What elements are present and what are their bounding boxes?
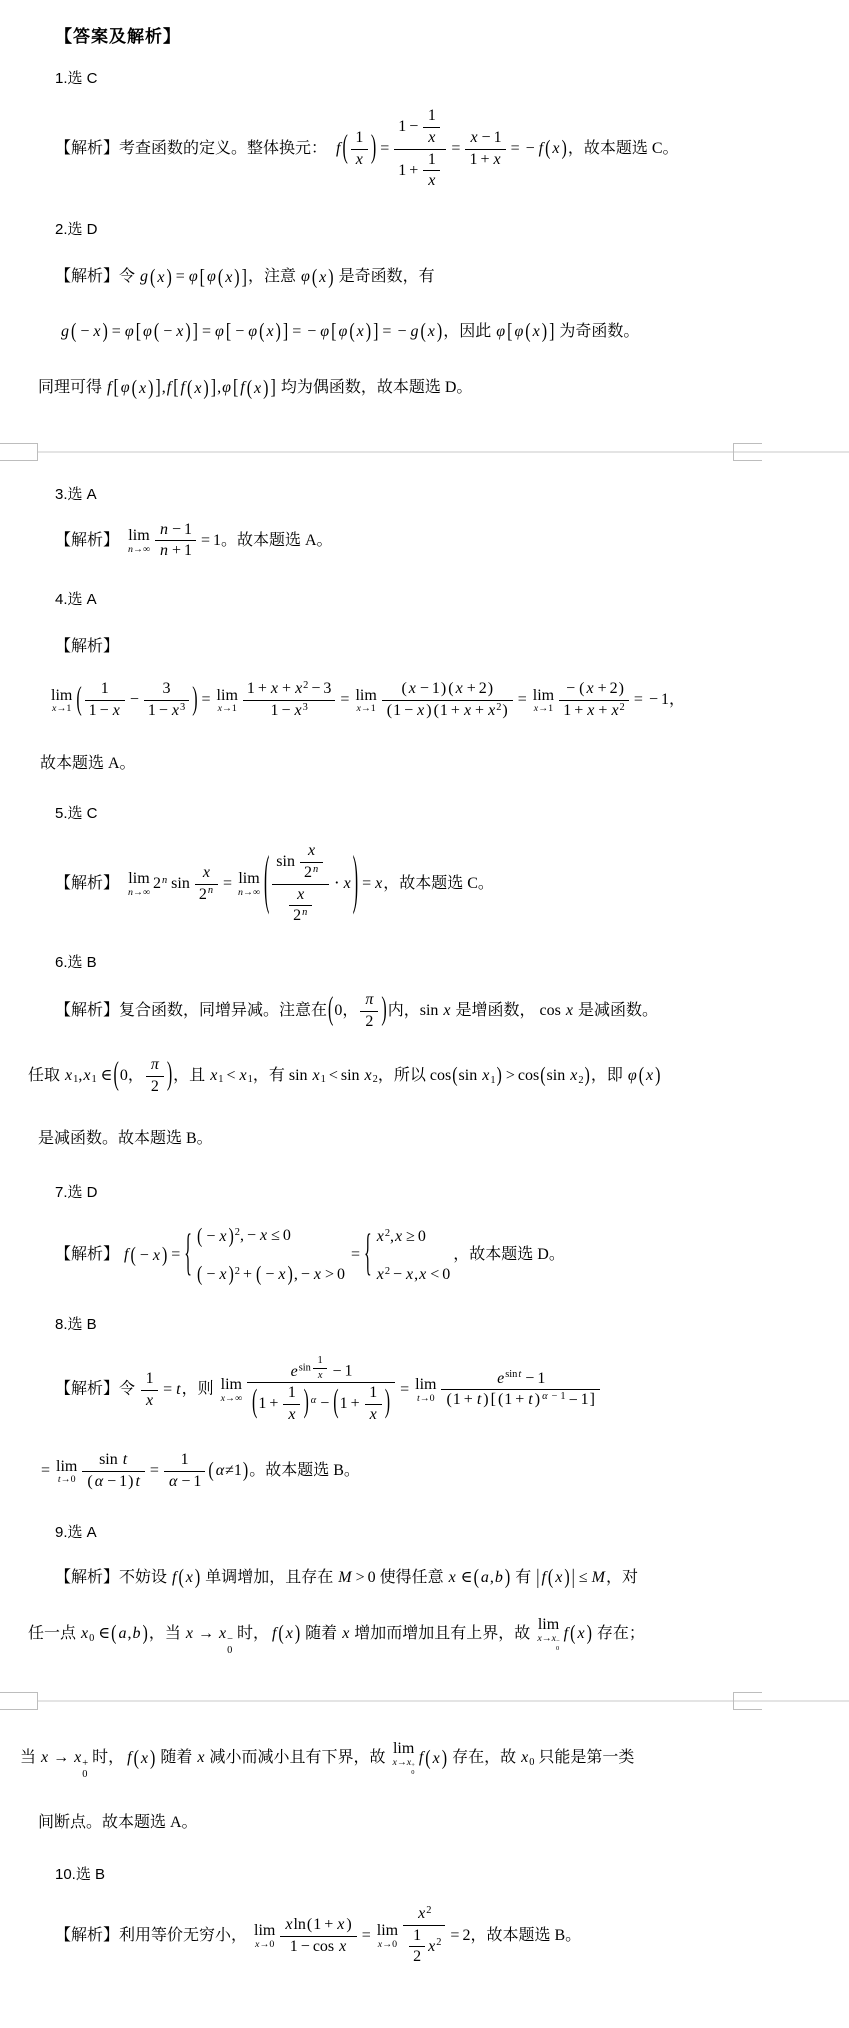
close-bracket: ): [346, 1915, 351, 1936]
close-bracket: ): [587, 1616, 592, 1653]
text-run: 增加而增加且有上界，故: [350, 1625, 534, 1642]
numerator: 1: [141, 1369, 158, 1390]
bracket-content: φ(x): [120, 374, 155, 402]
solution-8b: =limt→0sin t(α−1)t=1α−1(α≠1)。故本题选 B。: [0, 1450, 849, 1493]
math-variable: φ: [124, 323, 135, 340]
close-bracket: ): [263, 370, 268, 407]
open-bracket: [: [200, 259, 205, 297]
limit-subscript: x→1: [534, 704, 553, 714]
text-run: →1: [361, 703, 376, 714]
text-run: ，: [669, 691, 685, 708]
superscript: n: [312, 865, 319, 875]
limit-label: lim: [415, 1376, 436, 1394]
math-variable: x: [294, 680, 303, 697]
close-bracket: ): [234, 259, 239, 296]
math-operator: =: [337, 691, 352, 708]
numerator: (x−1)(x+2): [382, 679, 513, 700]
open-bracket: (: [197, 1218, 202, 1255]
math-variable: φ: [300, 268, 311, 285]
bracket-group: (x): [177, 1564, 201, 1592]
math-operator: =: [508, 140, 523, 157]
math-variable: x: [585, 680, 594, 697]
math-variable: x: [145, 1392, 154, 1409]
limit-label: lim: [56, 1458, 77, 1476]
math-variable: x: [193, 380, 202, 397]
fraction: π2: [146, 1055, 164, 1098]
open-bracket: (: [342, 121, 347, 178]
denominator: 2n: [195, 884, 218, 906]
denominator: 2: [146, 1076, 164, 1098]
bracket-content: −x: [203, 1223, 227, 1251]
open-bracket: (: [349, 313, 354, 350]
bracket-content: x: [318, 264, 327, 292]
close-bracket: ]: [590, 1390, 595, 1411]
math-variable: x: [285, 1625, 294, 1642]
denominator: x: [283, 1404, 300, 1426]
text-run: 1: [432, 680, 440, 697]
denominator: 12x2: [403, 1925, 445, 1969]
math-variable: t: [134, 1473, 140, 1490]
math-variable: x: [432, 1750, 441, 1767]
text-run: 1: [290, 1938, 298, 1955]
fraction: xln(1+x)1−cos x: [280, 1915, 356, 1958]
math-operator: =: [160, 1381, 175, 1398]
cases-group: {x2,x≥0x2−x,x<0: [363, 1223, 453, 1289]
text-run: sin: [171, 875, 190, 892]
math-operator: −: [329, 1363, 344, 1380]
math-operator: ⋅: [331, 875, 342, 892]
limit-subscript: x→1: [218, 704, 237, 714]
math-variable: x: [520, 1749, 529, 1766]
open-bracket: (: [252, 1384, 257, 1426]
bracket-content: x: [554, 1564, 563, 1592]
math-operator: +: [595, 702, 610, 719]
open-bracket: (: [387, 701, 392, 722]
text-run: 1: [393, 702, 401, 719]
math-variable: π: [364, 991, 374, 1008]
text-run: sin: [276, 853, 295, 870]
denominator: x: [423, 170, 440, 192]
fraction: x2n: [195, 863, 218, 906]
bracket-group: (1+t): [497, 1390, 541, 1411]
text-run: 1: [413, 1927, 421, 1944]
close-bracket: ]: [270, 370, 275, 408]
bracket-content: x: [551, 135, 560, 163]
text-run: ，有: [253, 1067, 289, 1084]
limit: limn→∞: [238, 870, 260, 898]
bracket-group: (a,b): [110, 1620, 149, 1648]
numerator: −(x+2): [559, 679, 629, 700]
math-operator: −: [479, 129, 494, 146]
math-variable: x: [427, 323, 436, 340]
close-bracket: ): [166, 259, 171, 296]
limit-subscript: t→0: [417, 1394, 435, 1404]
limit: limn→∞: [128, 527, 150, 555]
bracket-content: x: [532, 318, 541, 346]
bracket-content: a,b: [480, 1564, 504, 1592]
bracket-content: x: [253, 375, 262, 403]
text-run: 使得任意: [376, 1569, 448, 1586]
solution-10: 【解析】利用等价无穷小，limx→0xln(1+x)1−cos x=limx→0…: [0, 1904, 849, 1968]
math-variable: φ: [142, 323, 153, 340]
math-operator: −: [104, 1473, 119, 1490]
bracket-group: (1−x): [386, 701, 433, 722]
bracket-group: (1+t): [445, 1390, 489, 1411]
math-variable: x: [336, 1916, 345, 1933]
text-run: ，则: [182, 1381, 218, 1398]
close-bracket: ): [497, 1057, 502, 1094]
math-operator: −: [97, 702, 112, 719]
numerator: xln(1+x): [280, 1915, 356, 1936]
bracket-content: x+2: [585, 679, 617, 700]
cases-row: (−x)2,−x≤0: [196, 1222, 291, 1250]
close-bracket: ): [535, 1390, 540, 1411]
bracket-content: x: [138, 375, 147, 403]
numerator: sinx2n: [272, 841, 329, 884]
text-run: 2: [578, 1075, 583, 1086]
bracket-group: [f(x)]: [172, 374, 217, 402]
text-run: 0: [283, 1227, 291, 1244]
answer-2: 2.选 D: [0, 218, 849, 239]
text-run: →1: [222, 703, 237, 714]
text-run: 1: [537, 1370, 545, 1387]
text-run: 0: [337, 1266, 345, 1283]
text-run: 1: [119, 1473, 127, 1490]
subscript: 0: [411, 1770, 415, 1777]
math-variable: e: [496, 1370, 505, 1387]
limit-label: lim: [393, 1740, 414, 1758]
math-variable: x: [218, 1625, 227, 1642]
math-variable: x: [487, 702, 496, 719]
close-bracket: ): [542, 313, 547, 350]
subscript: 1: [490, 1076, 495, 1086]
close-bracket: ): [276, 313, 281, 350]
close-bracket: ): [243, 1453, 248, 1490]
text-run: 为奇函数。: [555, 323, 639, 340]
text-run: 随着: [156, 1749, 196, 1766]
text-run: 2: [426, 1905, 431, 1916]
math-variable: x: [405, 1266, 414, 1283]
fraction: 1x: [423, 106, 440, 149]
text-run: →0: [259, 1939, 274, 1950]
bracket-content: 1+1x: [340, 1383, 384, 1426]
math-operator: <: [224, 1067, 239, 1084]
bracket-group: [f(x)]: [232, 374, 277, 402]
close-bracket: ): [655, 1057, 660, 1094]
bracket-group: (x−1): [400, 679, 447, 700]
close-bracket: ): [167, 1048, 172, 1105]
denominator: (α−1)t: [82, 1471, 145, 1493]
bracket-group: (x): [419, 318, 443, 346]
text-run: 0，: [120, 1067, 144, 1084]
open-bracket: (: [312, 259, 317, 296]
numerator: 1: [283, 1383, 300, 1404]
open-bracket: (: [197, 1256, 202, 1293]
text-run: 8.选 B: [55, 1316, 97, 1333]
open-bracket: [: [226, 313, 231, 351]
bracket-content: x: [265, 318, 274, 346]
open-bracket: (: [448, 679, 453, 700]
text-run: 2: [199, 886, 207, 903]
open-bracket: (: [452, 1057, 457, 1094]
math-variable: x: [448, 1569, 457, 1586]
bracket-group: (−x): [255, 1261, 294, 1289]
close-bracket: ): [385, 1384, 390, 1426]
math-operator: =: [289, 323, 304, 340]
math-operator: −: [203, 1266, 218, 1283]
bracket-group: [φ(x)]: [330, 318, 379, 346]
bracket-content: −φ(x): [232, 318, 282, 346]
fraction: 1−1x1+1x: [394, 106, 446, 192]
math-variable: φ: [627, 1067, 638, 1084]
text-run: →1: [538, 703, 553, 714]
math-variable: x: [576, 1625, 585, 1642]
text-run: 9.选 A: [55, 1524, 97, 1541]
bracket-content: φ(x): [337, 318, 372, 346]
open-bracket: (: [579, 679, 584, 700]
math-operator: =: [220, 875, 235, 892]
limit: limx→1: [51, 687, 72, 715]
limit-label: lim: [533, 687, 554, 705]
bracket-group: (1+1x): [332, 1383, 391, 1426]
math-operator: −: [77, 323, 92, 340]
math-variable: x: [442, 1002, 451, 1019]
close-bracket: ): [564, 1559, 569, 1596]
text-run: 存在，故: [448, 1749, 520, 1766]
superscript: 2: [436, 1938, 441, 1948]
math-operator: −: [646, 691, 661, 708]
close-bracket: ): [128, 1472, 133, 1493]
limit-label: lim: [51, 687, 72, 705]
solution-3: 【解析】limn→∞n−1n+1=1。故本题选 A。: [0, 520, 849, 563]
math-operator: −: [262, 1266, 277, 1283]
math-variable: x: [492, 151, 501, 168]
numerator: 1: [351, 128, 368, 149]
text-run: 是奇函数，有: [335, 268, 435, 285]
fraction: −(x+2)1+x+x2: [559, 679, 629, 722]
denominator: 2: [360, 1011, 378, 1033]
close-bracket: ): [228, 1256, 233, 1293]
close-bracket: ]: [283, 313, 288, 351]
answer-9: 9.选 A: [0, 1521, 849, 1542]
text-run: 3: [180, 702, 185, 713]
text-run: ，当: [149, 1625, 185, 1642]
answer-4: 4.选 A: [0, 588, 849, 609]
bracket-group: (1+x): [306, 1915, 353, 1936]
text-run: 1: [288, 1384, 296, 1401]
close-bracket: ): [441, 679, 446, 700]
limit-subscript: x→1: [52, 704, 71, 714]
bracket-group: (11−x−31−x3): [75, 679, 198, 722]
math-variable: x: [40, 1749, 49, 1766]
math-variable: x: [416, 702, 425, 719]
math-variable: M: [591, 1569, 606, 1586]
numerator: x: [289, 885, 312, 906]
bracket-content: φ(x): [206, 263, 241, 291]
text-run: 只能是第一类: [534, 1749, 634, 1766]
math-variable: x: [369, 1406, 378, 1423]
math-operator: =: [515, 691, 530, 708]
math-variable: x: [313, 1266, 322, 1283]
text-run: 存在；: [593, 1625, 645, 1642]
bracket-content: −x: [160, 318, 184, 346]
text-run: 0: [556, 1645, 559, 1652]
math-operator: −: [160, 323, 175, 340]
math-variable: x: [287, 1406, 296, 1423]
bracket-content: sinx2nx2n⋅x: [270, 841, 351, 927]
solution-2a: 【解析】令 g(x)=φ[φ(x)]，注意 φ(x) 是奇函数，有: [0, 263, 849, 291]
text-run: ，且: [173, 1067, 209, 1084]
math-operator: +: [461, 1391, 476, 1408]
math-variable: b: [132, 1625, 142, 1642]
math-operator: −: [298, 1266, 313, 1283]
text-run: 1: [345, 1363, 353, 1380]
bracket-content: x: [427, 318, 436, 346]
text-run: 0: [442, 1266, 450, 1283]
denominator: x: [365, 1404, 382, 1426]
math-variable: x: [376, 1266, 385, 1283]
page-break-marker-right: [733, 443, 762, 461]
math-variable: n: [161, 875, 168, 886]
text-run: 减小而减小且有下界，故: [205, 1749, 389, 1766]
denominator: α−1: [164, 1471, 205, 1493]
open-bracket: (: [256, 1256, 261, 1293]
fraction: (x−1)(x+2)(1−x)(1+x+x2): [382, 679, 513, 722]
math-operator: −: [394, 323, 409, 340]
limit-subscript: t→0: [58, 1475, 76, 1485]
limit-label: lim: [238, 870, 259, 888]
numerator: 1: [164, 1450, 205, 1471]
math-variable: n: [159, 542, 169, 559]
superscript: sint: [505, 1370, 522, 1380]
fraction: 1x: [313, 1354, 328, 1382]
text-run: 10.选 B: [55, 1866, 105, 1883]
text-run: 故本题选 A。: [40, 755, 136, 772]
text-run: 2: [153, 875, 161, 892]
text-run: 1.选 C: [55, 70, 98, 87]
text-run: 6.选 B: [55, 954, 97, 971]
open-bracket: (: [208, 1453, 213, 1490]
close-bracket: ): [366, 313, 371, 350]
text-run: 【解析】: [55, 875, 119, 892]
text-run: ∈: [94, 1625, 110, 1642]
bracket-content: 11−x−31−x3: [83, 679, 192, 722]
text-run: →∞: [133, 544, 150, 555]
bracket-content: x: [185, 1564, 194, 1592]
text-run: 是减函数。: [574, 1002, 658, 1019]
limit-subscript: x→0: [255, 1940, 274, 1950]
open-bracket: [: [331, 313, 336, 351]
math-variable: x: [376, 1228, 385, 1245]
numerator: x2: [403, 1904, 445, 1925]
limit-subscript: x→0: [378, 1940, 397, 1950]
limit: limn→∞: [128, 870, 150, 898]
text-run: sin: [299, 1362, 311, 1373]
math-operator: =: [198, 532, 213, 549]
close-bracket: ): [228, 1218, 233, 1255]
bracket-group: (0，π2): [112, 1055, 173, 1098]
denominator: x: [423, 127, 440, 149]
math-operator: −: [278, 702, 293, 719]
close-bracket: ]: [549, 313, 554, 351]
math-variable: x: [171, 702, 180, 719]
fraction: 1α−1: [164, 1450, 205, 1493]
math-variable: x: [610, 702, 619, 719]
text-run: ,: [128, 1625, 132, 1642]
text-run: 1: [490, 1075, 495, 1086]
superscript: n: [207, 886, 214, 896]
fraction: 1x: [351, 128, 368, 171]
solution-5: 【解析】limn→∞2nsinx2n=limn→∞(sinx2nx2n⋅x)=x…: [0, 841, 849, 927]
math-operator: =: [168, 1246, 183, 1263]
limit: limx→1: [355, 687, 376, 715]
math-variable: t: [122, 1451, 128, 1468]
subscript: 0: [227, 1646, 233, 1657]
bracket-content: x: [156, 264, 165, 292]
math-variable: x: [455, 680, 464, 697]
open-bracket: [: [507, 313, 512, 351]
math-operator: =: [199, 323, 214, 340]
numerator: x−1: [465, 128, 505, 149]
text-run: 2: [496, 702, 501, 713]
text-run: ∈: [457, 1569, 473, 1586]
solution-2c: 同理可得 f[φ(x)],f[f(x)],φ[f(x)] 均为偶函数，故本题选 …: [0, 374, 849, 402]
cases-row: (−x)2+(−x),−x>0: [196, 1261, 345, 1289]
math-variable: x: [318, 269, 327, 286]
bracket-group: (x): [133, 1745, 157, 1773]
subscript: 1: [218, 1075, 223, 1085]
text-run: 2: [620, 702, 625, 713]
open-bracket: (: [328, 983, 333, 1040]
math-variable: x: [463, 702, 472, 719]
document-body: 【答案及解析】 1.选 C【解析】考查函数的定义。整体换元：f(1x)=1−1x…: [0, 0, 849, 2028]
solution-8a: 【解析】令 1x=t，则 limx→∞esin1x−1(1+1x)α−(1+1x…: [0, 1354, 849, 1426]
text-run: 5.选 C: [55, 805, 98, 822]
math-operator: −: [232, 323, 247, 340]
bracket-content: −x: [203, 1261, 227, 1289]
subscript: 0: [556, 1646, 560, 1653]
text-run: 0: [368, 1569, 376, 1586]
close-bracket: ): [328, 259, 333, 296]
math-variable: x: [427, 1938, 436, 1955]
math-operator: −: [523, 140, 538, 157]
text-run: 0: [227, 1645, 232, 1656]
open-bracket: [: [233, 370, 238, 408]
open-bracket: (: [87, 1472, 92, 1493]
text-run: →0: [61, 1474, 76, 1485]
math-variable: x: [296, 886, 305, 903]
bracket-group: (α≠1): [207, 1457, 249, 1485]
bracket-content: 1−x: [393, 701, 425, 722]
close-bracket: ]: [211, 370, 216, 408]
text-run: 7.选 D: [55, 1184, 98, 1201]
cases-row: x2,x≥0: [376, 1223, 426, 1251]
text-run: 1: [560, 1391, 565, 1402]
math-operator: =: [377, 140, 392, 157]
fraction: x2n: [289, 885, 312, 928]
math-variable: α: [94, 1473, 104, 1490]
text-run: 1: [369, 1384, 377, 1401]
open-bracket: (: [278, 1616, 283, 1653]
close-bracket: ): [148, 370, 153, 407]
superscript: n: [161, 876, 168, 886]
close-bracket: ): [502, 701, 507, 722]
page-break-marker-right: [733, 1692, 762, 1710]
bracket-group: (x): [524, 318, 548, 346]
text-run: 【解析】利用等价无穷小，: [55, 1927, 247, 1944]
numerator: esin1x−1: [247, 1354, 395, 1382]
open-bracket: (: [264, 827, 269, 942]
